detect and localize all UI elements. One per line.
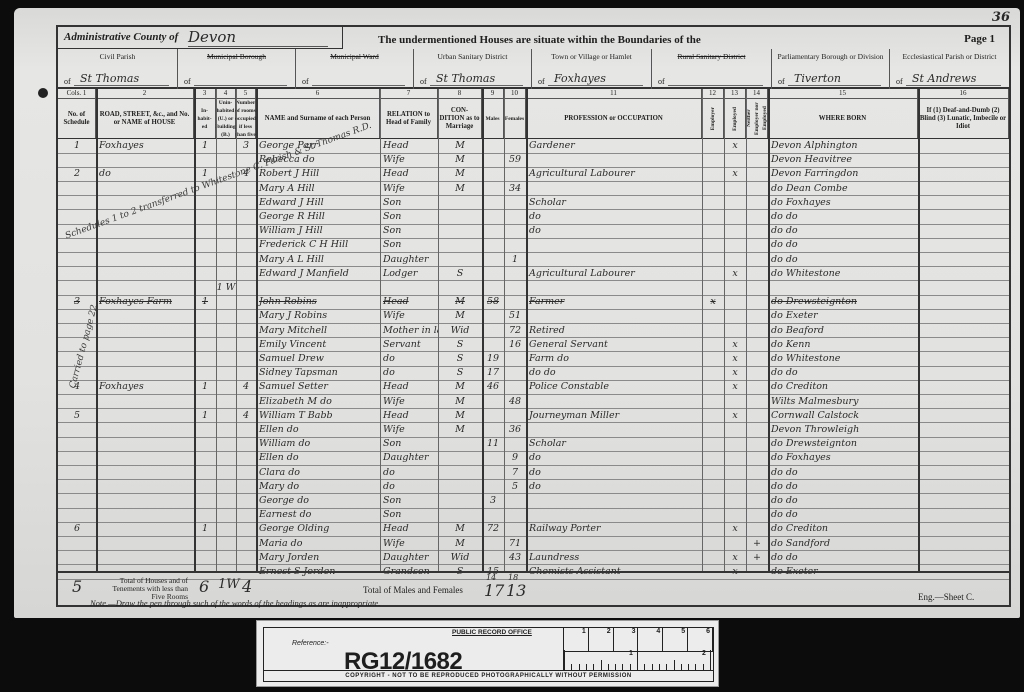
cell-occupation: Laundress xyxy=(526,551,702,565)
scale-tick xyxy=(601,660,602,670)
cell-inhabited xyxy=(194,508,216,522)
cell-inhabited xyxy=(194,366,216,380)
table-row: Mary A L HillDaughter1do do xyxy=(58,253,1009,268)
cell-condition xyxy=(438,196,482,210)
cell-name: Ellen do xyxy=(256,451,380,465)
district-field: Urban Sanitary DistrictofSt Thomas xyxy=(414,49,532,89)
cell-employer xyxy=(702,451,724,465)
cell-relation: do xyxy=(380,352,438,366)
header-label: In-habit-ed xyxy=(195,107,214,131)
cell-schedule xyxy=(58,238,96,252)
district-value: Tiverton xyxy=(788,72,881,86)
cell-where-born: do Crediton xyxy=(768,522,918,536)
table-row: 3Foxhayes Farm1John RobinsHeadM58Farmerx… xyxy=(58,295,1009,310)
county-value: Devon xyxy=(188,28,328,47)
column-number: 6 xyxy=(256,89,380,99)
cell-occupation: General Servant xyxy=(526,338,702,352)
cell-inhabited xyxy=(194,551,216,565)
cell-employed xyxy=(724,281,746,295)
cell-name: Mary A L Hill xyxy=(256,253,380,267)
cell-employed xyxy=(724,451,746,465)
cell-neither xyxy=(746,508,768,522)
cell-age-f: 36 xyxy=(504,423,526,437)
cell-infirmity xyxy=(918,295,1009,309)
sheet-label: Eng.—Sheet C. xyxy=(918,592,974,602)
cell-neither xyxy=(746,451,768,465)
cell-occupation: Farm do xyxy=(526,352,702,366)
cell-name: Clara do xyxy=(256,466,380,480)
cell-condition: M xyxy=(438,295,482,309)
cell-name: Sidney Tapsman xyxy=(256,366,380,380)
cell-occupation xyxy=(526,537,702,551)
cell-relation: Lodger xyxy=(380,267,438,281)
cell-condition: M xyxy=(438,380,482,394)
cell-where-born: do Kenn xyxy=(768,338,918,352)
cell-schedule xyxy=(58,267,96,281)
scale-number: 1 xyxy=(629,650,633,657)
cell-uninhabited xyxy=(216,238,236,252)
scale-tick xyxy=(564,650,565,670)
cell-relation: Head xyxy=(380,167,438,181)
cell-rooms xyxy=(236,437,256,451)
cell-where-born: do do xyxy=(768,508,918,522)
column-number: 2 xyxy=(96,89,194,99)
cell-employer xyxy=(702,153,724,167)
cell-employer xyxy=(702,238,724,252)
cell-employed xyxy=(724,480,746,494)
cell-schedule xyxy=(58,508,96,522)
cell-rooms xyxy=(236,182,256,196)
cell-age-m xyxy=(482,153,504,167)
cell-road: Foxhayes xyxy=(96,139,194,153)
cell-age-f: 43 xyxy=(504,551,526,565)
header-occupation: PROFESSION or OCCUPATION xyxy=(526,99,702,138)
cell-age-m xyxy=(482,309,504,323)
cell-schedule xyxy=(58,253,96,267)
cell-name: Frederick C H Hill xyxy=(256,238,380,252)
cell-rooms xyxy=(236,494,256,508)
cell-relation: Head xyxy=(380,409,438,423)
cell-road xyxy=(96,409,194,423)
cell-inhabited xyxy=(194,494,216,508)
column-number: 9 xyxy=(482,89,504,99)
cell-road xyxy=(96,309,194,323)
cell-age-m: 58 xyxy=(482,295,504,309)
census-rows: 1Foxhayes13George ParrHeadMGardenerxDevo… xyxy=(58,139,1009,574)
cell-employer xyxy=(702,466,724,480)
cell-neither xyxy=(746,182,768,196)
cell-infirmity xyxy=(918,366,1009,380)
cell-road xyxy=(96,466,194,480)
cell-condition: M xyxy=(438,409,482,423)
cell-infirmity xyxy=(918,480,1009,494)
scale-division: 1 xyxy=(564,628,589,651)
cell-neither xyxy=(746,352,768,366)
cell-age-f xyxy=(504,281,526,295)
cell-infirmity xyxy=(918,182,1009,196)
cell-age-f xyxy=(504,437,526,451)
cell-occupation xyxy=(526,253,702,267)
cell-condition: Wid xyxy=(438,324,482,338)
cell-uninhabited xyxy=(216,480,236,494)
cell-neither xyxy=(746,153,768,167)
district-value xyxy=(194,72,287,86)
cell-uninhabited xyxy=(216,551,236,565)
form-header: Administrative County of Devon The under… xyxy=(58,27,1009,89)
district-label: Municipal Borough xyxy=(178,52,295,61)
cell-name: Samuel Setter xyxy=(256,380,380,394)
table-row: 2do14Robert J HillHeadMAgricultural Labo… xyxy=(58,167,1009,182)
cell-infirmity xyxy=(918,267,1009,281)
cell-occupation: Police Constable xyxy=(526,380,702,394)
cell-employed: x xyxy=(724,522,746,536)
cell-condition: M xyxy=(438,309,482,323)
cell-condition xyxy=(438,253,482,267)
cell-infirmity xyxy=(918,380,1009,394)
cell-age-f: 1 xyxy=(504,253,526,267)
cell-relation: Mother in law xyxy=(380,324,438,338)
column-number: 15 xyxy=(768,89,918,99)
cell-condition: M xyxy=(438,423,482,437)
header-label: Employer xyxy=(709,107,717,130)
cell-occupation: Agricultural Labourer xyxy=(526,267,702,281)
cell-infirmity xyxy=(918,409,1009,423)
cell-employed: x xyxy=(724,380,746,394)
cell-age-f: 9 xyxy=(504,451,526,465)
cell-age-f xyxy=(504,196,526,210)
cell-infirmity xyxy=(918,253,1009,267)
cell-neither xyxy=(746,480,768,494)
cell-neither xyxy=(746,281,768,295)
cell-occupation xyxy=(526,281,702,295)
cell-inhabited xyxy=(194,395,216,409)
cell-neither xyxy=(746,466,768,480)
cell-age-m xyxy=(482,508,504,522)
cell-age-m xyxy=(482,409,504,423)
cell-schedule xyxy=(58,153,96,167)
cell-where-born: do do xyxy=(768,466,918,480)
table-row: Samuel DrewdoS19Farm doxdo Whitestone xyxy=(58,352,1009,367)
cell-rooms xyxy=(236,451,256,465)
cell-where-born: do do xyxy=(768,480,918,494)
cell-uninhabited xyxy=(216,423,236,437)
cell-name xyxy=(256,281,380,295)
cell-employer xyxy=(702,253,724,267)
cell-inhabited xyxy=(194,253,216,267)
district-label: Civil Parish xyxy=(58,52,177,61)
cell-inhabited xyxy=(194,537,216,551)
cell-infirmity xyxy=(918,451,1009,465)
table-row: Sidney TapsmandoS17do doxdo do xyxy=(58,366,1009,381)
cell-employer xyxy=(702,196,724,210)
column-number: 11 xyxy=(526,89,702,99)
cell-where-born: do Sandford xyxy=(768,537,918,551)
header-infirmity: If (1) Deaf-and-Dumb (2) Blind (3) Lunat… xyxy=(918,99,1009,138)
cell-uninhabited xyxy=(216,196,236,210)
cell-age-m xyxy=(482,182,504,196)
table-row: Maria doWifeM71+do Sandford xyxy=(58,537,1009,552)
total-rooms: 4 xyxy=(242,577,252,596)
measurement-scale: 123456 12 xyxy=(563,628,713,670)
table-row: 4Foxhayes14Samuel SetterHeadM46Police Co… xyxy=(58,380,1009,395)
cell-where-born: Devon Heavitree xyxy=(768,153,918,167)
cell-relation: Son xyxy=(380,437,438,451)
header-label: ROAD, STREET, &c., and No. or NAME of HO… xyxy=(97,111,192,127)
cell-condition: M xyxy=(438,182,482,196)
cell-rooms xyxy=(236,224,256,238)
cell-uninhabited xyxy=(216,139,236,153)
cell-schedule xyxy=(58,423,96,437)
cell-age-m xyxy=(482,338,504,352)
cell-condition: M xyxy=(438,395,482,409)
cell-rooms xyxy=(236,196,256,210)
cell-infirmity xyxy=(918,537,1009,551)
cell-road xyxy=(96,537,194,551)
district-of: of xyxy=(64,77,71,86)
header-neither: Neither Employer nor Employed xyxy=(746,99,768,138)
cell-uninhabited xyxy=(216,437,236,451)
cell-inhabited xyxy=(194,196,216,210)
cell-relation: Son xyxy=(380,238,438,252)
cell-relation: do xyxy=(380,466,438,480)
cell-uninhabited xyxy=(216,537,236,551)
cell-neither xyxy=(746,380,768,394)
column-divider xyxy=(526,89,528,571)
district-value: Foxhayes xyxy=(548,72,643,86)
cell-infirmity xyxy=(918,238,1009,252)
cell-employed: x xyxy=(724,352,746,366)
header-age-m: Males xyxy=(482,99,504,138)
cell-neither xyxy=(746,224,768,238)
table-row: Elizabeth M doWifeM48Wilts Malmesbury xyxy=(58,395,1009,410)
district-field: Municipal Wardof xyxy=(296,49,414,89)
cell-name: George R Hill xyxy=(256,210,380,224)
cell-employer xyxy=(702,409,724,423)
cell-condition: S xyxy=(438,338,482,352)
cell-schedule: 5 xyxy=(58,409,96,423)
cell-employer: x xyxy=(702,295,724,309)
cell-employed xyxy=(724,210,746,224)
cell-age-f xyxy=(504,366,526,380)
table-row: 61George OldingHeadM72Railway Porterxdo … xyxy=(58,522,1009,537)
cell-name: Mary do xyxy=(256,480,380,494)
cell-occupation xyxy=(526,395,702,409)
punch-hole xyxy=(38,88,48,98)
cell-where-born: do do xyxy=(768,238,918,252)
cell-relation xyxy=(380,281,438,295)
cell-schedule xyxy=(58,437,96,451)
cell-age-f: 48 xyxy=(504,395,526,409)
cell-where-born: do do xyxy=(768,253,918,267)
cell-inhabited xyxy=(194,423,216,437)
cell-road xyxy=(96,153,194,167)
reference-label: Reference:- xyxy=(292,640,329,647)
cell-age-m: 11 xyxy=(482,437,504,451)
cell-age-m xyxy=(482,537,504,551)
cell-inhabited xyxy=(194,338,216,352)
cell-neither: + xyxy=(746,551,768,565)
cell-occupation xyxy=(526,508,702,522)
cell-inhabited xyxy=(194,224,216,238)
cell-infirmity xyxy=(918,508,1009,522)
header-label: No. of Schedule xyxy=(59,111,94,127)
header-label: WHERE BORN xyxy=(819,115,866,123)
cell-uninhabited xyxy=(216,451,236,465)
column-number: 16 xyxy=(918,89,1009,99)
cell-schedule xyxy=(58,466,96,480)
cell-occupation: do xyxy=(526,224,702,238)
cell-relation: Daughter xyxy=(380,551,438,565)
cell-employer xyxy=(702,224,724,238)
cell-name: Mary Mitchell xyxy=(256,324,380,338)
cell-infirmity xyxy=(918,466,1009,480)
scale-tick xyxy=(710,650,711,670)
cell-relation: Son xyxy=(380,196,438,210)
cell-infirmity xyxy=(918,139,1009,153)
cell-relation: Wife xyxy=(380,423,438,437)
cell-inhabited xyxy=(194,210,216,224)
cell-where-born: Devon Farringdon xyxy=(768,167,918,181)
cell-employed xyxy=(724,309,746,323)
cell-road: do xyxy=(96,167,194,181)
cell-occupation: Retired xyxy=(526,324,702,338)
scale-number: 2 xyxy=(702,650,706,657)
cell-neither xyxy=(746,309,768,323)
cell-condition xyxy=(438,508,482,522)
cell-occupation xyxy=(526,153,702,167)
header-condition: CON-DITION as to Marriage xyxy=(438,99,482,138)
table-row: 1Foxhayes13George ParrHeadMGardenerxDevo… xyxy=(58,139,1009,154)
census-form: Administrative County of Devon The under… xyxy=(56,25,1011,607)
header-label: Males xyxy=(485,115,499,123)
cell-road xyxy=(96,253,194,267)
cell-name: William T Babb xyxy=(256,409,380,423)
cell-where-born: Devon Throwleigh xyxy=(768,423,918,437)
district-value: St Thomas xyxy=(430,72,523,86)
cell-name: George do xyxy=(256,494,380,508)
district-value: St Andrews xyxy=(906,72,1001,86)
cell-neither xyxy=(746,267,768,281)
scale-division: 5 xyxy=(663,628,688,651)
cell-neither xyxy=(746,366,768,380)
cell-schedule xyxy=(58,480,96,494)
cell-employer xyxy=(702,309,724,323)
cell-age-m xyxy=(482,253,504,267)
cell-where-born: do do xyxy=(768,210,918,224)
cell-road xyxy=(96,352,194,366)
cell-schedule xyxy=(58,196,96,210)
cell-rooms xyxy=(236,551,256,565)
table-row: Clara dodo7dodo do xyxy=(58,466,1009,481)
scale-tick xyxy=(674,660,675,670)
header-label: If (1) Deaf-and-Dumb (2) Blind (3) Lunat… xyxy=(919,107,1007,131)
cell-age-m xyxy=(482,551,504,565)
cell-inhabited xyxy=(194,466,216,480)
cell-employed: x xyxy=(724,551,746,565)
form-title: The undermentioned Houses are situate wi… xyxy=(378,34,701,46)
cell-occupation xyxy=(526,494,702,508)
cell-neither xyxy=(746,338,768,352)
table-row: Mary dodo5dodo do xyxy=(58,480,1009,495)
footnote: Note.—Draw the pen through such of the w… xyxy=(90,598,380,608)
cell-where-born: do Drewsteignton xyxy=(768,295,918,309)
cell-rooms xyxy=(236,210,256,224)
cell-condition: M xyxy=(438,167,482,181)
cell-uninhabited xyxy=(216,409,236,423)
cell-condition xyxy=(438,224,482,238)
total-males: 17 xyxy=(484,581,504,600)
cell-age-m xyxy=(482,167,504,181)
cell-uninhabited xyxy=(216,309,236,323)
header-schedule: No. of Schedule xyxy=(58,99,96,138)
cell-relation: Wife xyxy=(380,153,438,167)
header-employer: Employer xyxy=(702,99,724,138)
cell-neither xyxy=(746,409,768,423)
cell-age-f xyxy=(504,210,526,224)
column-divider xyxy=(504,89,505,571)
cell-neither xyxy=(746,238,768,252)
cell-where-born: do Foxhayes xyxy=(768,451,918,465)
cell-road xyxy=(96,238,194,252)
column-headers: No. of ScheduleROAD, STREET, &c., and No… xyxy=(58,99,1009,139)
district-value xyxy=(312,72,405,86)
cell-uninhabited xyxy=(216,508,236,522)
district-of: of xyxy=(302,77,309,86)
cell-employer xyxy=(702,522,724,536)
table-row: Mary JordenDaughterWid43Laundressx+do do xyxy=(58,551,1009,566)
cell-uninhabited xyxy=(216,338,236,352)
males-females-label: Total of Males and Females xyxy=(363,585,463,595)
column-divider xyxy=(96,89,98,571)
cell-condition: M xyxy=(438,139,482,153)
cell-employer xyxy=(702,182,724,196)
column-divider xyxy=(236,89,237,571)
column-divider xyxy=(194,89,196,571)
cell-inhabited xyxy=(194,324,216,338)
cell-neither xyxy=(746,395,768,409)
cell-uninhabited xyxy=(216,253,236,267)
cell-employer xyxy=(702,324,724,338)
cell-where-born: do do xyxy=(768,224,918,238)
column-divider xyxy=(918,89,920,571)
cell-name: Mary A Hill xyxy=(256,182,380,196)
column-divider xyxy=(746,89,747,571)
table-row: Frederick C H HillSondo do xyxy=(58,238,1009,253)
column-divider xyxy=(256,89,258,571)
cell-rooms xyxy=(236,480,256,494)
cell-uninhabited xyxy=(216,324,236,338)
cell-rooms xyxy=(236,324,256,338)
cell-relation: do xyxy=(380,480,438,494)
table-row: William doSon11Scholardo Drewsteignton xyxy=(58,437,1009,452)
cell-employer xyxy=(702,494,724,508)
cell-condition xyxy=(438,238,482,252)
district-label: Rural Sanitary District xyxy=(652,52,771,61)
cell-employed xyxy=(724,182,746,196)
total-females: 13 xyxy=(506,581,526,600)
cell-road xyxy=(96,338,194,352)
cell-uninhabited xyxy=(216,153,236,167)
cell-employed: x xyxy=(724,167,746,181)
folio-number: 36 xyxy=(992,10,1010,25)
cell-schedule xyxy=(58,395,96,409)
cell-infirmity xyxy=(918,522,1009,536)
cell-rooms xyxy=(236,466,256,480)
cell-road xyxy=(96,494,194,508)
cell-road xyxy=(96,437,194,451)
cell-condition: M xyxy=(438,537,482,551)
cell-name: Emily Vincent xyxy=(256,338,380,352)
